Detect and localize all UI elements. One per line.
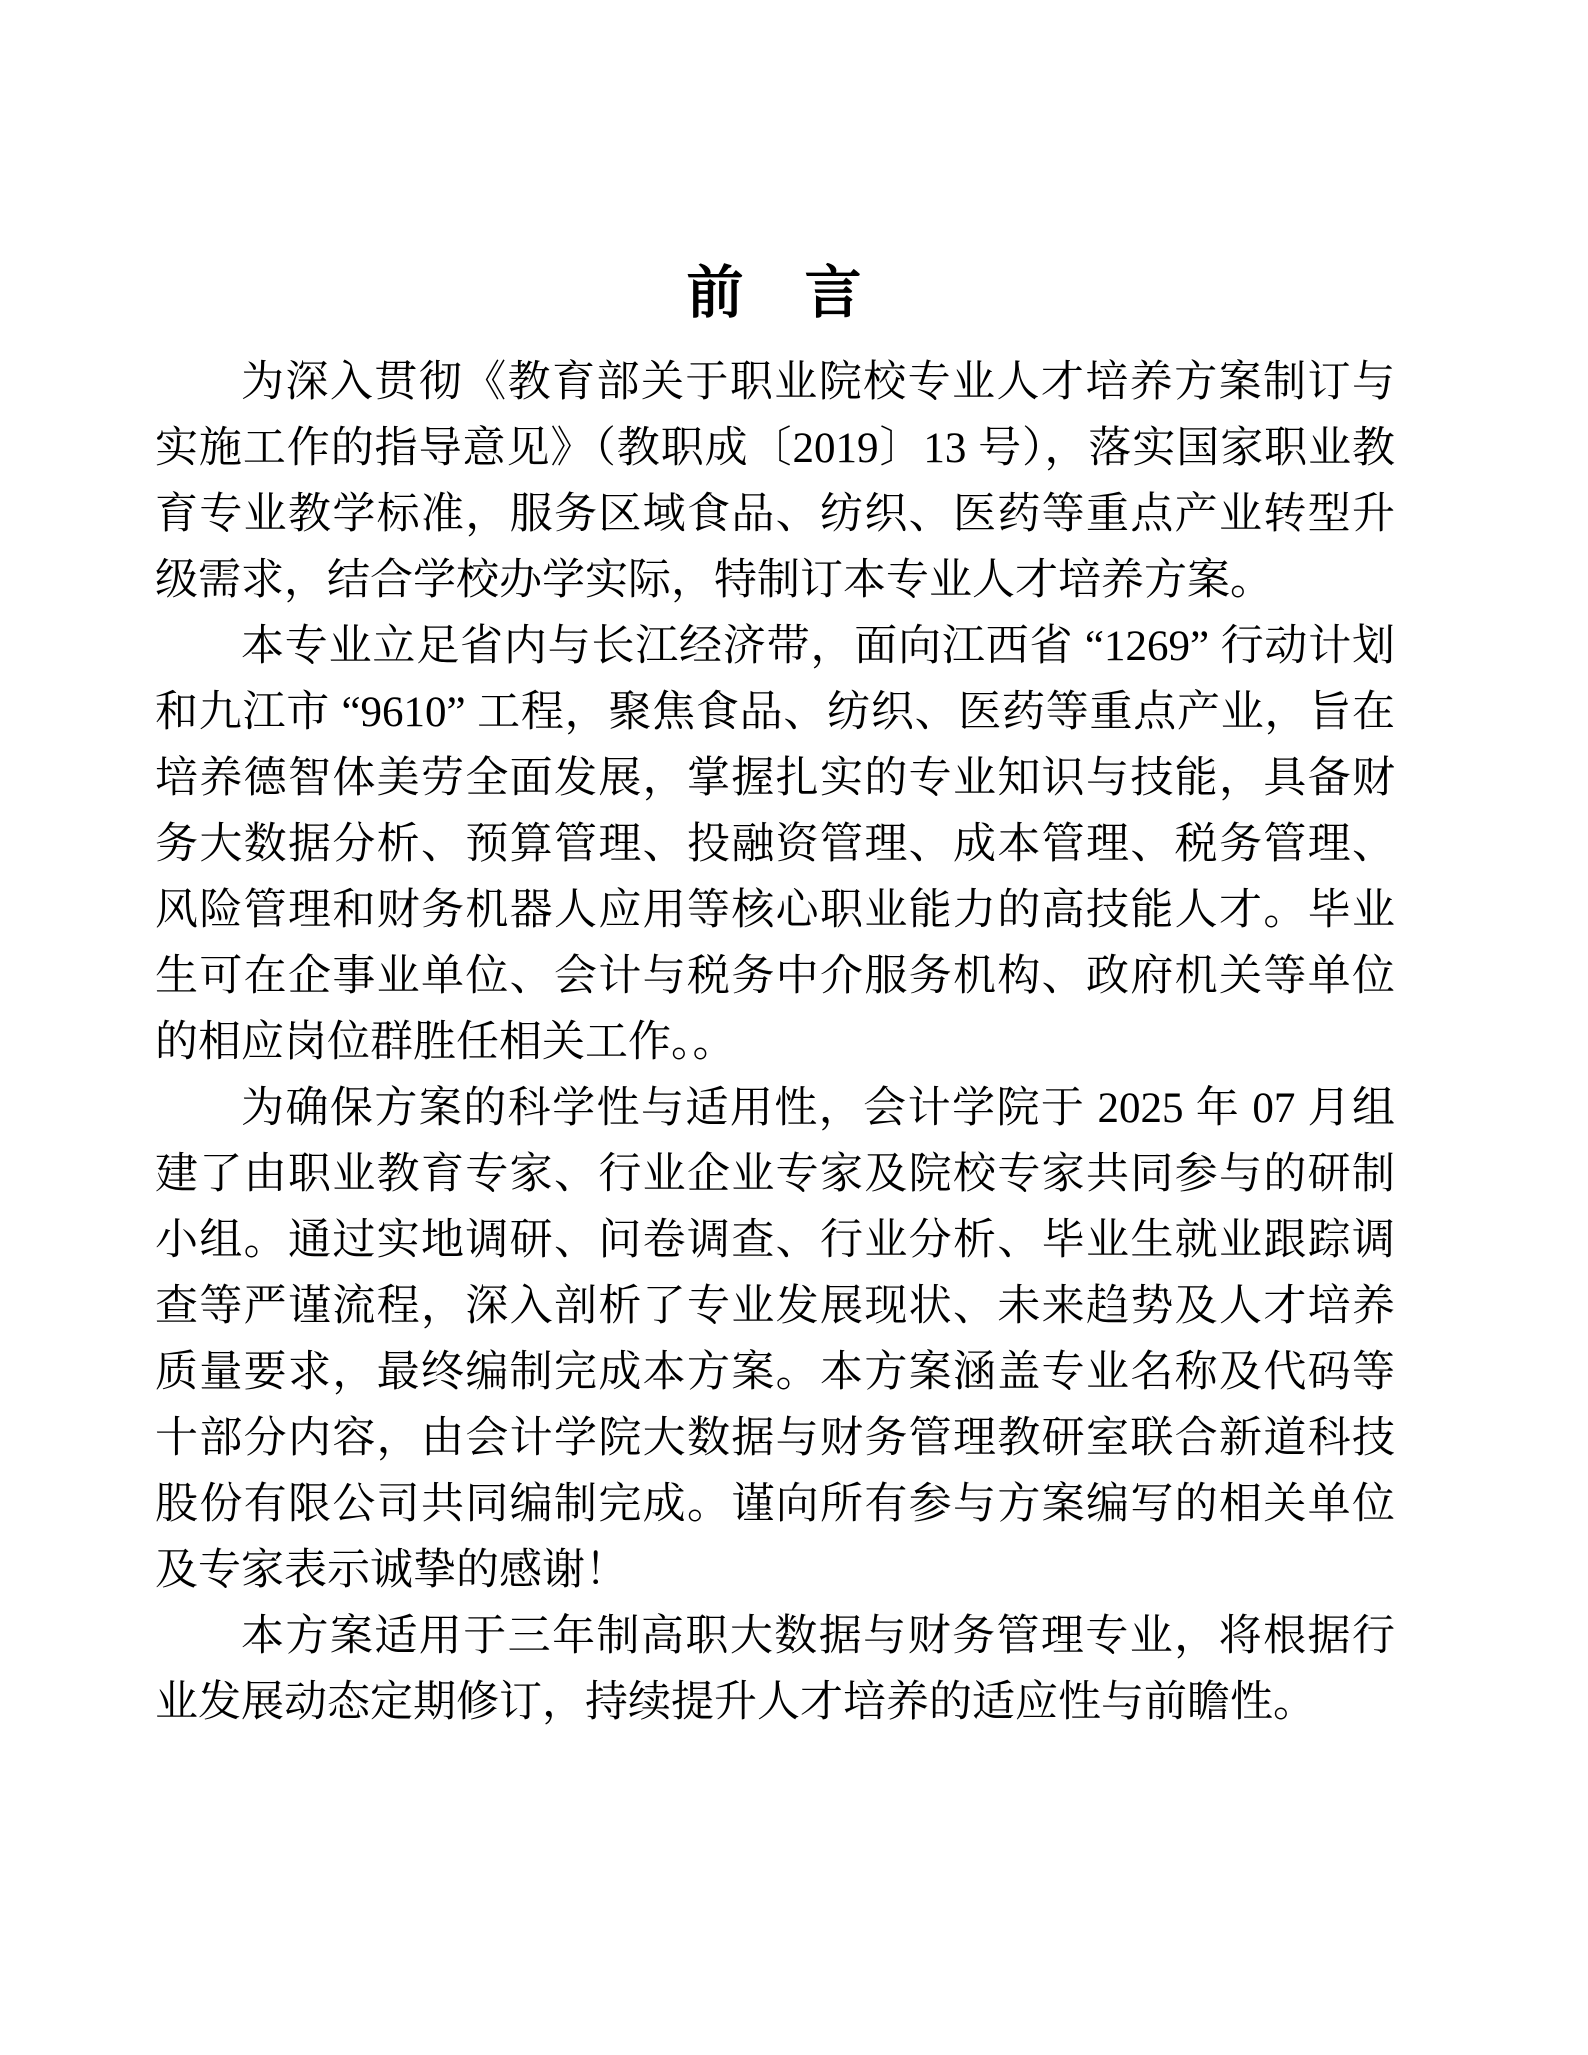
page-title: 前 言 xyxy=(155,252,1395,336)
document-page: 前 言 为深入贯彻《教育部关于职业院校专业人才培养方案制订与实施工作的指导意见》… xyxy=(155,252,1395,1736)
preface-paragraph: 本专业立足省内与长江经济带，面向江西省 “1269” 行动计划和九江市 “961… xyxy=(155,614,1395,1076)
preface-body: 为深入贯彻《教育部关于职业院校专业人才培养方案制订与实施工作的指导意见》（教职成… xyxy=(155,350,1395,1736)
preface-paragraph: 为确保方案的科学性与适用性，会计学院于 2025 年 07 月组建了由职业教育专… xyxy=(155,1076,1395,1604)
preface-paragraph: 本方案适用于三年制高职大数据与财务管理专业，将根据行业发展动态定期修订，持续提升… xyxy=(155,1604,1395,1736)
preface-paragraph: 为深入贯彻《教育部关于职业院校专业人才培养方案制订与实施工作的指导意见》（教职成… xyxy=(155,350,1395,614)
